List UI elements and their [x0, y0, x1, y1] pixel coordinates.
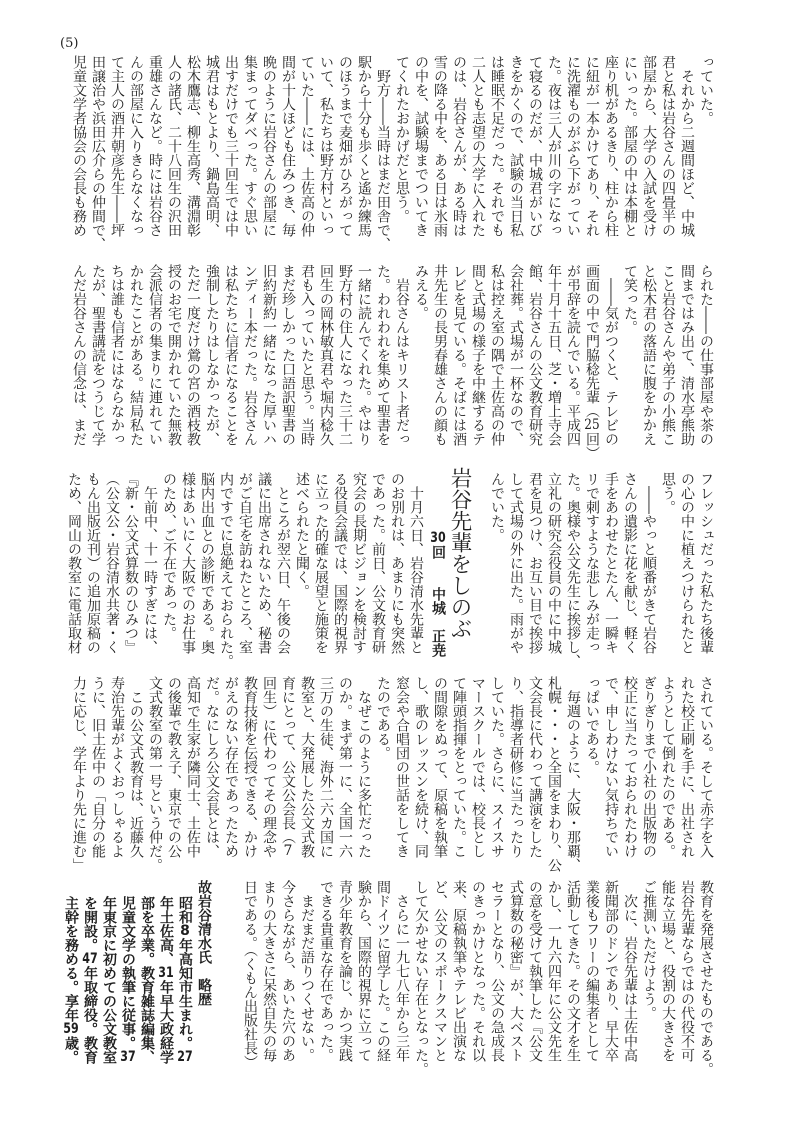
text-column: 君も入っていたと思う。当時 [297, 264, 316, 449]
text-column: 能な立場と、役割の大きさを [658, 880, 677, 1065]
text-column: に立った的確な展望と施策を [311, 472, 330, 657]
text-column: この公文式教育は、近藤久 [126, 676, 145, 861]
text-column: し、歌のレッスンを続け、同 [411, 676, 430, 861]
bio-line: 昭和8年高知市生まれ。27 [175, 880, 194, 1065]
text-column: 教室と、大発展した公文式教 [297, 676, 316, 861]
text-column: ンディー本だった。岩谷さん [240, 264, 259, 449]
text-column: ぎりぎりまで小社の出版物の [639, 676, 658, 861]
text-column: に洗濯ものがぶら下がってい [563, 55, 582, 240]
text-column: 座り机があるきり、柱から柱 [601, 55, 620, 240]
text-column: ただ一度だけ鶯の宮の酒枝教 [183, 264, 202, 449]
text-column: かし、一九六四年に公文先生 [544, 880, 563, 1065]
text-column: 十月六日、岩谷清水先輩と [406, 472, 425, 657]
bio-line: 児童文学の執筆に従事。37 [118, 880, 137, 1065]
text-column: 回生）に代わってその理念や [259, 676, 278, 861]
text-column: 君を見つけ、お互い目で挨拶 [525, 472, 544, 657]
text-column: であった。前日、公文教育研 [368, 472, 387, 657]
text-segment: 歳。 [63, 1036, 79, 1064]
number-segment: 31 [158, 966, 174, 980]
text-segment: 児童文学の執筆に従事。 [120, 896, 136, 1050]
text-column: 育にとって、公文公会長（7 [278, 676, 297, 861]
text-column: のは、岩谷さんが、ある時は [449, 55, 468, 240]
text-column: 文式教室の第一号という仲だ。 [145, 676, 164, 861]
text-column: 部屋から、大学の入試を受け [639, 55, 658, 240]
text-column: 間と式場の様子を中継するテ [468, 264, 487, 449]
text-column: 究会の長期ビジョンを検討す [349, 472, 368, 657]
text-column: んの部屋に入りきらなくなっ [126, 55, 145, 240]
text-column: 来、原稿執筆やテレビ出演な [449, 880, 468, 1065]
bio-line: 年東京に初めての公文教室 [99, 880, 118, 1065]
text-column: して式場の外に出た。雨がや [506, 472, 525, 657]
text-segment: 主幹を務める。享年 [63, 896, 79, 1022]
text-column: は睡眠不足だった。それでも [487, 55, 506, 240]
text-column: 間が十人ほども住みつき、毎 [278, 55, 297, 240]
text-column: 験から、国際的視界に立って [354, 880, 373, 1065]
text-column: きをかくので、試験の当日私 [506, 55, 525, 240]
text-column: っぱいである。 [582, 676, 601, 861]
text-column: のお別れは、あまりにも突然 [387, 472, 406, 657]
text-column: 内ですでに息絶えておられた。 [216, 472, 235, 657]
text-column: 札幌・・・と全国をまわり、公 [544, 676, 563, 861]
text-column: いて、私たちは野方村といっ [316, 55, 335, 240]
text-column: 会派信者の集まりに連れてい [145, 264, 164, 449]
number-segment: 37 [120, 1050, 136, 1064]
text-column: の中を、試験場までついてき [411, 55, 430, 240]
text-column: ご推測いただけよう。 [639, 880, 658, 1065]
text-column: 文会長に代わって講演をした [525, 676, 544, 861]
text-column: 間まではみ出て、清水亭熊助 [677, 264, 696, 449]
article-title: 岩谷先輩をしのぶ [448, 467, 470, 639]
text-column: 脳内出血との診断である。奥 [197, 472, 216, 657]
bio-line: を開設。47年取締役。教育 [80, 880, 99, 1065]
text-column: と松木君の落語に腹をかかえ [639, 264, 658, 449]
text-column: 教育技術を伝授できる、かけ [240, 676, 259, 861]
text-column: 君と私は岩谷さんの四畳半の [658, 55, 677, 240]
text-column: 議に出席されないため、秘書 [254, 472, 273, 657]
text-column: 述べられたと聞く。 [292, 472, 311, 657]
text-segment: 回） [584, 432, 600, 460]
text-segment: 年取締役。教育 [82, 966, 98, 1064]
text-column: 毎週のように、大阪・那覇、 [563, 676, 582, 861]
text-column: の意を受けて執筆した『公文 [525, 880, 544, 1065]
text-column: ――やっと順番がきて岩谷 [639, 472, 658, 657]
text-segment: を開設。 [82, 896, 98, 952]
text-column: にいった。部屋の中は本棚と [620, 55, 639, 240]
text-column: 式算数の秘密』が、大ベスト [506, 880, 525, 1065]
text-column: して欠かせない存在となった。 [411, 880, 430, 1065]
text-column: 一緒に読んでくれた。やはり [354, 264, 373, 449]
text-column: それから二週間ほど、中城 [677, 55, 696, 240]
text-tier-2: られた――の仕事部屋や茶の 間まではみ出て、清水亭熊助 こと岩谷さんや弟子の小熊… [69, 264, 715, 449]
text-column: なぜこのように多忙だった [354, 676, 373, 861]
text-column: ようとして倒れたのである。 [658, 676, 677, 861]
number-segment: 8 [177, 924, 193, 938]
text-column: 野方村の住人になった三十二 [335, 264, 354, 449]
text-column: できる貴重な存在であった。 [316, 880, 335, 1065]
text-column: さらに一九七八年から三年 [392, 880, 411, 1065]
text-column: っていた。 [696, 55, 715, 240]
text-column: 城君はもとより、鍋島高明、 [202, 55, 221, 240]
text-column: 寿治先輩がよくおっしゃるよ [107, 676, 126, 861]
text-column: 日である。（くもん出版社長） [240, 880, 259, 1065]
text-column: のため、ご不在であった。 [159, 472, 178, 657]
text-column: 手をあわせたとたん、一瞬キ [601, 472, 620, 657]
text-column: 岩谷先輩ならではの代役不可 [677, 880, 696, 1065]
text-column: うに、旧土佐中の「自分の能 [88, 676, 107, 861]
text-column: られた――の仕事部屋や茶の [696, 264, 715, 449]
bio-line: 年土佐高、31年早大政経学 [156, 880, 175, 1065]
text-column: がご自宅を訪ねたところ、室 [235, 472, 254, 657]
text-segment: 育にとって、公文公会長（ [280, 676, 296, 844]
text-column: 活動してきた。その文才を生 [563, 880, 582, 1065]
text-tier-4: されている。そして赤字を入 れた校正刷を手に、出社され ようとして倒れたのである… [69, 676, 715, 861]
text-column: 授のお宅で開かれていた無教 [164, 264, 183, 449]
text-column: は私たちに信者になることを [221, 264, 240, 449]
text-column: マースクールでは、校長とし [468, 676, 487, 861]
text-column: がえのない存在であったため [221, 676, 240, 861]
text-column: に紐が一本かけてあり、それ [582, 55, 601, 240]
text-column: ところが翌六日、午後の会 [273, 472, 292, 657]
text-column: 野方――当時はまだ田舎で、 [373, 55, 392, 240]
text-column: 井先生の長男春雄さんの顔も [430, 264, 449, 449]
byline-author: 中城 正尭 [430, 587, 446, 657]
text-column: かれたことがある。結局私た [126, 264, 145, 449]
text-column: ――気がつくと、テレビの [601, 264, 620, 449]
text-column: 旧約新約一緒になった厚いハ [259, 264, 278, 449]
text-column: 窓会や合唱団の世話をしてき [392, 676, 411, 861]
text-column: 岩谷さんはキリスト者だっ [392, 264, 411, 449]
number-segment: 7 [280, 844, 296, 858]
text-tier-5: 教育を発展させたものである。 岩谷先輩ならではの代役不可 能な立場と、役割の大き… [61, 880, 715, 1065]
number-segment: 59 [63, 1022, 79, 1036]
number-segment: 47 [82, 952, 98, 966]
text-column: もん出版近刊）の追加原稿の [83, 472, 102, 657]
text-segment: 年高知市生まれ。 [177, 938, 193, 1050]
bio-heading: 故岩谷清水氏 略歴 [194, 880, 213, 1065]
text-column: みえる。 [411, 264, 430, 449]
text-column: まだまだ語りつくせない。 [297, 880, 316, 1065]
text-column: セラーとなり、公文の急成長 [487, 880, 506, 1065]
text-column: 回生の岡林敏真君や堀内稔久 [316, 264, 335, 449]
text-segment: 年早大政経学 [158, 980, 174, 1064]
text-column: 青少年教育を論じ、かつ実践 [335, 880, 354, 1065]
text-column: の心の中に植えつけられたと [677, 472, 696, 657]
text-column: ど、公文のスポークスマンと [430, 880, 449, 1065]
text-column: ていた――には、土佐高の仲 [297, 55, 316, 240]
text-column: 教育を発展させたものである。 [696, 880, 715, 1065]
text-column: （公文公・岩谷清水共著・く [102, 472, 121, 657]
text-column: 三万の生徒、海外二六カ国に [316, 676, 335, 861]
text-column: 年十月十五日、芝・増上寺会 [544, 264, 563, 449]
text-column: て主人の酒井朝彦先生――坪 [107, 55, 126, 240]
text-column: が弔辞を読んでいる。平成四 [563, 264, 582, 449]
text-column: の間隙をぬって、原稿を執筆 [430, 676, 449, 861]
text-segment: 昭和 [177, 896, 193, 924]
text-column: 私は控え室の隅で土佐高の仲 [487, 264, 506, 449]
text-column: 雪の降る中を、ある日は氷雨 [430, 55, 449, 240]
article-byline: 30回中城 正尭 [428, 531, 447, 657]
text-column: さんの遺影に花を献じ、軽く [620, 472, 639, 657]
text-column: まりの大きさに呆然自失の毎 [259, 880, 278, 1065]
text-column: 強制したりはしなかったが、 [202, 264, 221, 449]
text-column: で、申しわけない気持ちでい [601, 676, 620, 861]
byline-class-suffix: 回 [430, 545, 446, 559]
page-number: (5) [60, 37, 78, 51]
text-column: る役員会議では、国際的視界 [330, 472, 349, 657]
text-column: た。夜は三人が川の字になっ [544, 55, 563, 240]
text-column: レビを見ている。そばには酒 [449, 264, 468, 449]
text-column: 晩のように岩谷さんの部屋に [259, 55, 278, 240]
text-column: 重雄さんなど。時には岩谷さ [145, 55, 164, 240]
text-tier-1: っていた。 それから二週間ほど、中城 君と私は岩谷さんの四畳半の 部屋から、大学… [69, 55, 715, 240]
text-column: のか。まず第一に、全国一六 [335, 676, 354, 861]
text-column: 今さらながら、あいた穴のあ [278, 880, 297, 1065]
text-column: た。われわれを集めて聖書を [373, 264, 392, 449]
bio-line: 主幹を務める。享年59歳。 [61, 880, 80, 1065]
text-column: 『新・公文式算数のひみつ』 [121, 472, 140, 657]
text-column: リで刺すような悲しみが走っ [582, 472, 601, 657]
text-column: ため、岡山の教室に電話取材 [64, 472, 83, 657]
text-column: まだ珍しかった口語訳聖書の [278, 264, 297, 449]
text-column: 出すだけでも三十回生では中 [221, 55, 240, 240]
text-column: だ。なにしろ公文会長とは、 [202, 676, 221, 861]
bio-line: 部を卒業。教育雑誌編集、 [137, 880, 156, 1065]
text-column: れた校正刷を手に、出社され [677, 676, 696, 861]
text-column: 人の諸氏、二十八回生の沢田 [164, 55, 183, 240]
bio-gap [213, 880, 240, 1065]
text-column: 間ドイツに留学した。この経 [373, 880, 392, 1065]
text-column: していた。さらに、スイスサ [487, 676, 506, 861]
text-column: のほうまで麦畑がひろがって [335, 55, 354, 240]
text-segment: 画面の中で門脇稔先輩（ [584, 264, 600, 418]
text-column: フレッシュだった私たち後輩 [696, 472, 715, 657]
text-column: 画面の中で門脇稔先輩（25回） [582, 264, 601, 449]
text-column: 松木鷹志、柳生高秀、溝淵彰 [183, 55, 202, 240]
text-segment: 年土佐高、 [158, 896, 174, 966]
text-column: 会社葬。式場が一杯なので、 [506, 264, 525, 449]
text-column: こと岩谷さんや弟子の小熊こ [658, 264, 677, 449]
byline-class-number: 30 [430, 531, 446, 545]
text-column: 力に応じ、学年より先に進む」 [69, 676, 88, 861]
text-column: 立礼の研究会役員の中に中城 [544, 472, 563, 657]
text-column: ちは誰も信者にはならなかっ [107, 264, 126, 449]
text-column: り、指導者研修に当たったり [506, 676, 525, 861]
text-column: 駅から十分も歩くと遙か練馬 [354, 55, 373, 240]
text-column: 業後もフリーの編集者として [582, 880, 601, 1065]
text-column: 館、岩谷さんの公文教育研究 [525, 264, 544, 449]
number-segment: 25 [584, 418, 600, 432]
document-page: (5) っていた。 それから二週間ほど、中城 君と私は岩谷さんの四畳半の 部屋か… [0, 0, 800, 1130]
text-column: 思う。 [658, 472, 677, 657]
text-column: んでいた。 [487, 472, 506, 657]
text-column: されている。そして赤字を入 [696, 676, 715, 861]
text-column: の後輩で教え子、東京での公 [164, 676, 183, 861]
text-column: たが、聖書講読をつうじて学 [88, 264, 107, 449]
text-column: 二人とも志望の大学に入れた [468, 55, 487, 240]
text-column: て陣頭指揮をとっていた。こ [449, 676, 468, 861]
text-column: て笑った。 [620, 264, 639, 449]
text-column: んだ岩谷さんの信念は、まだ [69, 264, 88, 449]
text-column: て寝るのだが、中城君がいび [525, 55, 544, 240]
text-column: てくれたおかげだと思う。 [392, 55, 411, 240]
text-column: 田譲治や浜田広介らの仲間で、 [88, 55, 107, 240]
text-column: たのである。 [373, 676, 392, 861]
text-column: 集まってダベった。すぐ思い [240, 55, 259, 240]
text-column: 高知で生家が隣同士、土佐中 [183, 676, 202, 861]
text-column: 次に、岩谷先輩は土佐中高 [620, 880, 639, 1065]
text-column: 様はあいにく大阪でのお仕事 [178, 472, 197, 657]
number-segment: 27 [177, 1050, 193, 1064]
text-column: 校正に当たっておられたわけ [620, 676, 639, 861]
text-tier-3: フレッシュだった私たち後輩 の心の中に植えつけられたと 思う。 ――やっと順番が… [64, 472, 715, 657]
text-column: 児童文学者協会の会長も務め [69, 55, 88, 240]
text-column: のきっかけとなった。それ以 [468, 880, 487, 1065]
text-column: 午前中、十一時すぎには、 [140, 472, 159, 657]
text-column: 新聞部のドンであり、早大卒 [601, 880, 620, 1065]
text-column: た。奥様や公文先生に挨拶し、 [563, 472, 582, 657]
